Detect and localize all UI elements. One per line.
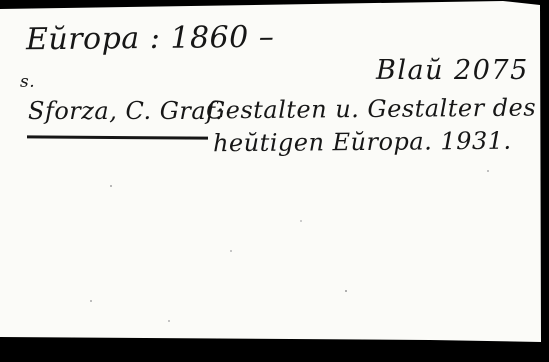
author-underline [27,135,208,139]
catalog-card: Eŭropa : 1860 – Blaŭ 2075 s. Sforza, C. … [0,0,549,362]
scan-noise [0,0,2,2]
title-line-1: Gestalten u. Gestalter des [206,96,536,123]
subject-heading: Eŭropa : 1860 – [26,23,275,56]
reference-mark: s. [20,74,35,91]
author-entry: Sforza, C. Graf: [28,99,224,123]
call-number: Blaŭ 2075 [376,57,529,84]
title-line-2: heŭtigen Eŭropa. 1931. [213,129,512,156]
scan-background: Eŭropa : 1860 – Blaŭ 2075 s. Sforza, C. … [0,0,549,362]
